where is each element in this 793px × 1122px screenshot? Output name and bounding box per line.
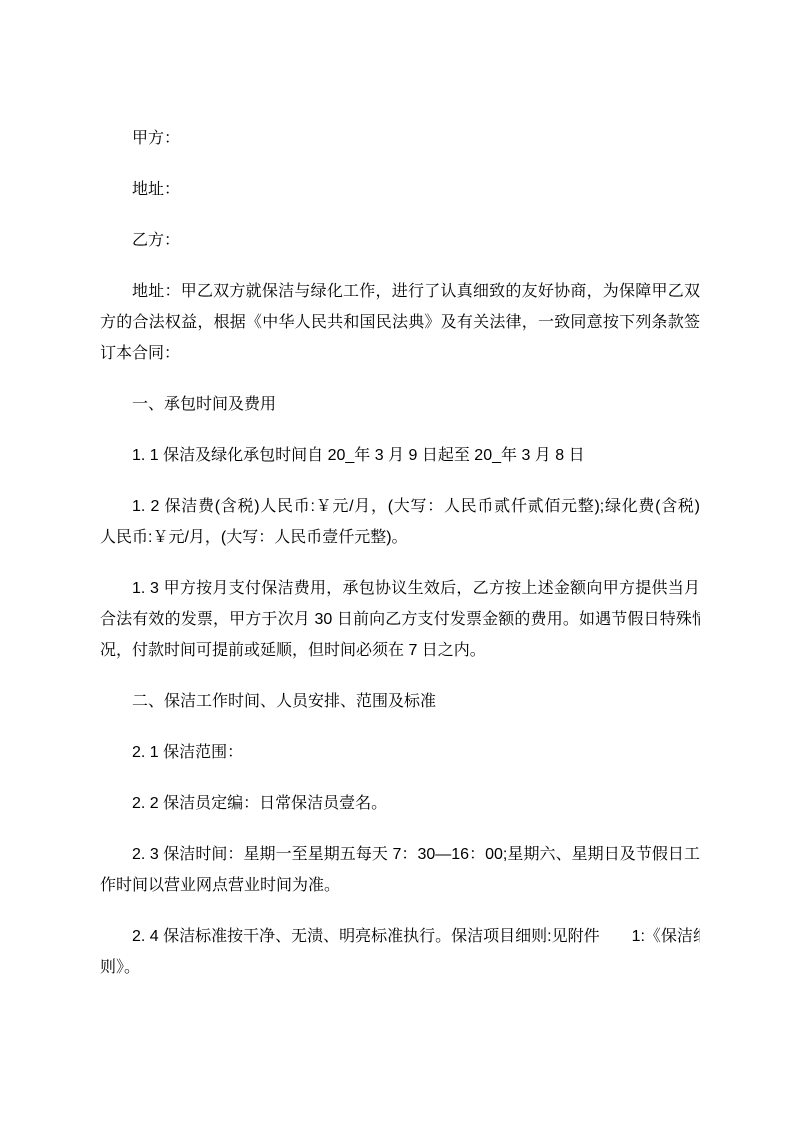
clause-1-1: 1. 1 保洁及绿化承包时间自 20_年 3 月 9 日起至 20_年 3 月 … — [100, 440, 700, 471]
text-line: 方的合法权益，根据《中华人民共和国民法典》及有关法律，一致同意按下列条款签 — [100, 307, 700, 338]
party-a-address-line: 地址： — [100, 174, 700, 205]
clause-1-2: 1. 2 保洁费(含税)人民币:￥元/月，(大写：人民币贰仟贰佰元整);绿化费(… — [100, 491, 700, 553]
text-line: 1. 2 保洁费(含税)人民币:￥元/月，(大写：人民币贰仟贰佰元整);绿化费(… — [100, 491, 700, 522]
section-2-heading: 二、保洁工作时间、人员安排、范围及标准 — [100, 686, 700, 717]
clause-2-2: 2. 2 保洁员定编：日常保洁员壹名。 — [100, 788, 700, 819]
party-a-line: 甲方： — [100, 123, 700, 154]
text-line: 2. 3 保洁时间：星期一至星期五每天 7：30—16：00;星期六、星期日及节… — [100, 839, 700, 870]
section-1-heading: 一、承包时间及费用 — [100, 389, 700, 420]
text-line: 合法有效的发票，甲方于次月 30 日前向乙方支付发票金额的费用。如遇节假日特殊情 — [100, 604, 700, 635]
text-line: 乙方： — [100, 225, 700, 256]
party-b-line: 乙方： — [100, 225, 700, 256]
text-line: 况，付款时间可提前或延顺，但时间必须在 7 日之内。 — [100, 635, 700, 666]
text-line: 作时间以营业网点营业时间为准。 — [100, 870, 700, 901]
text-line: 二、保洁工作时间、人员安排、范围及标准 — [100, 686, 700, 717]
text-line: 2. 1 保洁范围： — [100, 737, 700, 768]
clause-2-4: 2. 4 保洁标准按干净、无渍、明亮标准执行。保洁项目细则:见附件 1:《保洁细… — [100, 921, 700, 983]
preamble-paragraph: 地址：甲乙双方就保洁与绿化工作，进行了认真细致的友好协商，为保障甲乙双方的合法权… — [100, 276, 700, 369]
text-line: 订本合同： — [100, 338, 700, 369]
text-line: 2. 4 保洁标准按干净、无渍、明亮标准执行。保洁项目细则:见附件 1:《保洁细 — [100, 921, 700, 952]
text-line: 1. 3 甲方按月支付保洁费用，承包协议生效后，乙方按上述金额向甲方提供当月 — [100, 573, 700, 604]
text-line: 则》。 — [100, 952, 700, 983]
text-line: 一、承包时间及费用 — [100, 389, 700, 420]
document-page: 甲方：地址：乙方：地址：甲乙双方就保洁与绿化工作，进行了认真细致的友好协商，为保… — [0, 0, 793, 1122]
clause-2-3: 2. 3 保洁时间：星期一至星期五每天 7：30—16：00;星期六、星期日及节… — [100, 839, 700, 901]
document-content: 甲方：地址：乙方：地址：甲乙双方就保洁与绿化工作，进行了认真细致的友好协商，为保… — [100, 123, 700, 1003]
clause-2-1: 2. 1 保洁范围： — [100, 737, 700, 768]
text-line: 甲方： — [100, 123, 700, 154]
text-line: 2. 2 保洁员定编：日常保洁员壹名。 — [100, 788, 700, 819]
text-line: 地址： — [100, 174, 700, 205]
text-line: 人民币:￥元/月，(大写：人民币壹仟元整)。 — [100, 522, 700, 553]
clause-1-3: 1. 3 甲方按月支付保洁费用，承包协议生效后，乙方按上述金额向甲方提供当月合法… — [100, 573, 700, 666]
text-line: 1. 1 保洁及绿化承包时间自 20_年 3 月 9 日起至 20_年 3 月 … — [100, 440, 700, 471]
text-line: 地址：甲乙双方就保洁与绿化工作，进行了认真细致的友好协商，为保障甲乙双 — [100, 276, 700, 307]
